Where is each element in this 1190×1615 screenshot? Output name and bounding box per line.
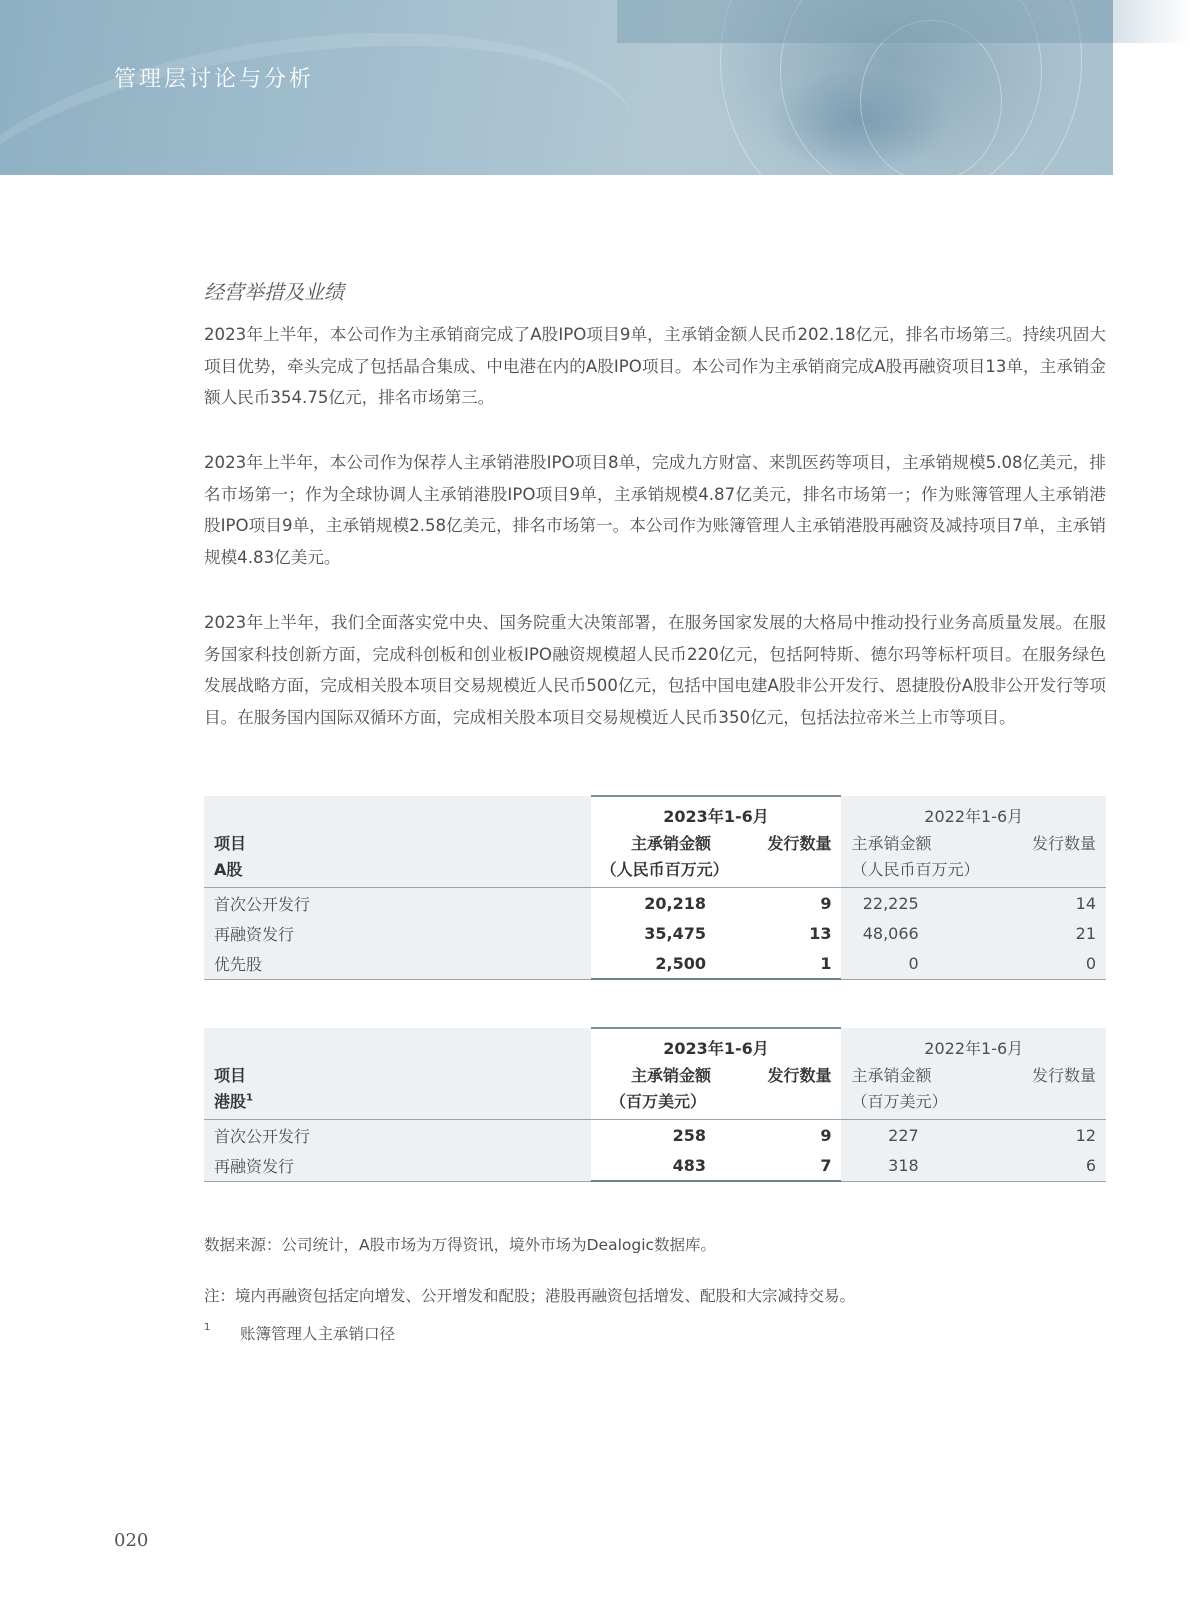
table-row: 再融资发行 35,475 13 48,066 21 [204, 918, 1106, 948]
current-count-header: 发行数量 [716, 827, 841, 857]
current-amount-unit: （百万美元） [591, 1089, 716, 1120]
table-row: 优先股 2,500 1 0 0 [204, 948, 1106, 979]
current-count-header: 发行数量 [716, 1059, 841, 1089]
section-title: 管理层讨论与分析 [114, 62, 314, 93]
paragraph-strategy: 2023年上半年，我们全面落实党中央、国务院重大决策部署，在服务国家发展的大格局… [204, 607, 1106, 733]
footnote-marker: 1 [246, 1093, 253, 1104]
footnote-text: 账簿管理人主承销口径 [240, 1325, 395, 1343]
page-number: 020 [114, 1530, 148, 1551]
banner-strip [617, 0, 1190, 43]
item-header: 项目 [204, 827, 591, 857]
prior-count-header: 发行数量 [974, 1059, 1106, 1089]
table-row: 首次公开发行 258 9 227 12 [204, 1120, 1106, 1151]
prior-period-header: 2022年1-6月 [841, 1028, 1106, 1059]
market-label: A股 [204, 857, 591, 888]
current-period-header: 2023年1-6月 [591, 796, 842, 827]
data-source-note: 数据来源：公司统计，A股市场为万得资讯，境外市场为Dealogic数据库。 [204, 1233, 716, 1255]
item-header: 项目 [204, 1059, 591, 1089]
prior-count-header: 发行数量 [974, 827, 1106, 857]
prior-amount-unit: （百万美元） [841, 1089, 973, 1120]
remark-note: 注：境内再融资包括定向增发、公开增发和配股；港股再融资包括增发、配股和大宗减持交… [204, 1284, 855, 1306]
paragraph-a-share: 2023年上半年，本公司作为主承销商完成了A股IPO项目9单，主承销金额人民币2… [204, 319, 1106, 414]
decorative-swoosh [0, 0, 656, 361]
footnote-number: 1 [204, 1322, 240, 1333]
banner-strip-fade [1113, 0, 1190, 43]
paragraph-hk-share: 2023年上半年，本公司作为保荐人主承销港股IPO项目8单，完成九方财富、来凯医… [204, 447, 1106, 573]
current-amount-unit: （人民币百万元） [591, 857, 716, 888]
table-row: 首次公开发行 20,218 9 22,225 14 [204, 888, 1106, 919]
globe-graphic-core [860, 20, 1002, 182]
prior-amount-header: 主承销金额 [841, 827, 973, 857]
current-period-header: 2023年1-6月 [591, 1028, 842, 1059]
footnote: 1账簿管理人主承销口径 [204, 1322, 395, 1344]
prior-amount-header: 主承销金额 [841, 1059, 973, 1089]
prior-period-header: 2022年1-6月 [841, 796, 1106, 827]
market-label: 港股1 [204, 1089, 591, 1120]
a-share-underwriting-table: 2023年1-6月 2022年1-6月 项目 主承销金额 发行数量 主承销金额 … [204, 795, 1106, 980]
prior-amount-unit: （人民币百万元） [841, 857, 973, 888]
current-amount-header: 主承销金额 [591, 827, 716, 857]
section-heading: 经营举措及业绩 [204, 276, 344, 305]
current-amount-header: 主承销金额 [591, 1059, 716, 1089]
table-row: 再融资发行 483 7 318 6 [204, 1150, 1106, 1181]
hk-share-underwriting-table: 2023年1-6月 2022年1-6月 项目 主承销金额 发行数量 主承销金额 … [204, 1027, 1106, 1182]
